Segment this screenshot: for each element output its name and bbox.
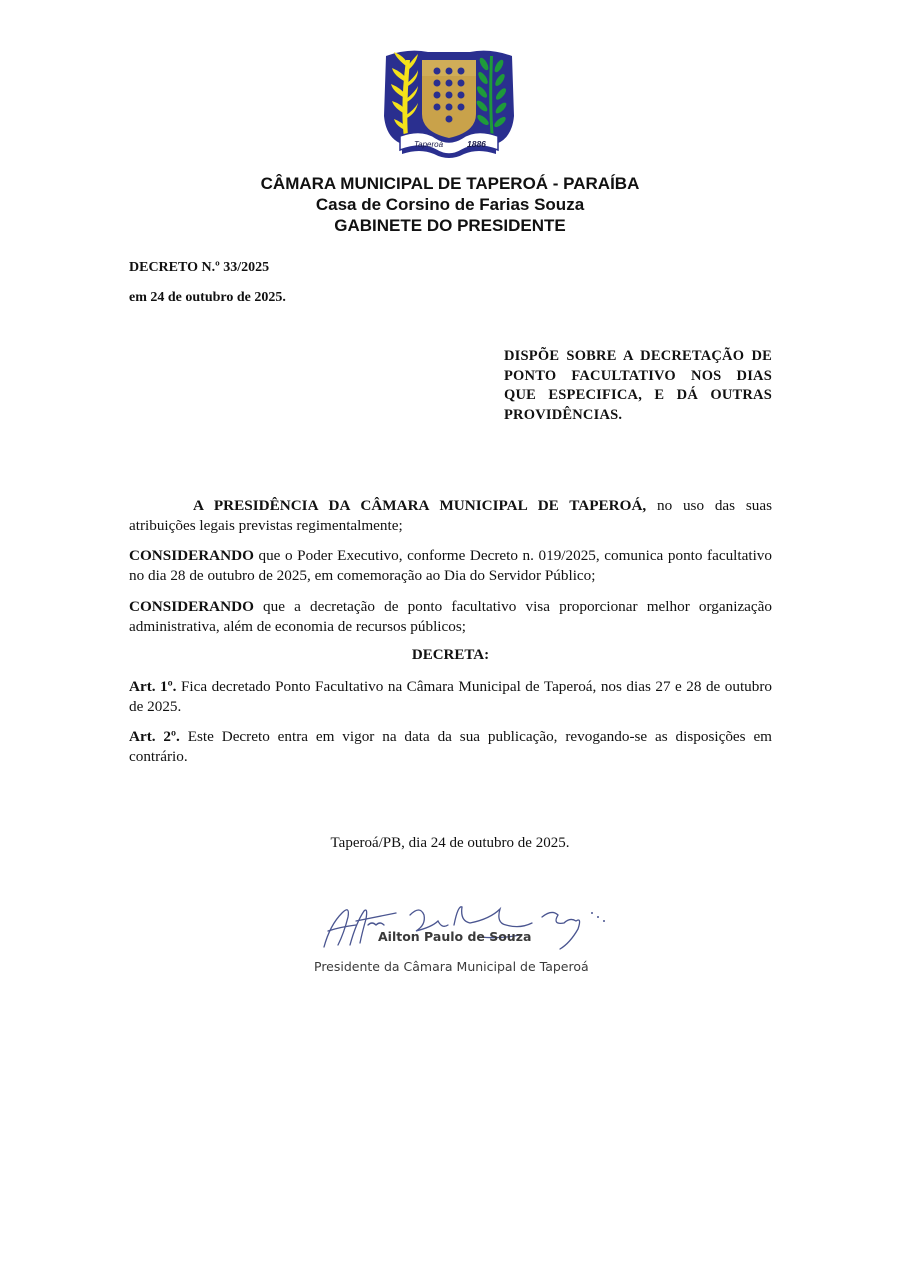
signer-name: Ailton Paulo de Souza [378, 929, 531, 944]
considering-paragraph-1: CONSIDERANDO que o Poder Executivo, conf… [129, 546, 772, 585]
article-1-label: Art. 1º. [129, 678, 176, 695]
article-2-label: Art. 2º. [129, 728, 180, 745]
article-2: Art. 2º. Este Decreto entra em vigor na … [129, 727, 772, 766]
decrees-heading: DECRETA: [129, 647, 772, 664]
preamble-paragraph: A PRESIDÊNCIA DA CÂMARA MUNICIPAL DE TAP… [129, 496, 772, 535]
institution-name: CÂMARA MUNICIPAL DE TAPEROÁ - PARAÍBA [0, 173, 900, 194]
crest-icon: Taperoá 1886 [378, 46, 520, 164]
article-2-text: Este Decreto entra em vigor na data da s… [129, 728, 772, 765]
decree-number: DECRETO N.º 33/2025 [129, 260, 269, 276]
considering-paragraph-2: CONSIDERANDO que a decretação de ponto f… [129, 597, 772, 636]
office-name: GABINETE DO PRESIDENTE [0, 215, 900, 236]
crest-logo: Taperoá 1886 [378, 46, 520, 164]
ribbon-left-text: Taperoá [414, 140, 444, 149]
article-1-text: Fica decretado Ponto Facultativo na Câma… [129, 678, 772, 715]
preamble-lead: A PRESIDÊNCIA DA CÂMARA MUNICIPAL DE TAP… [193, 497, 646, 514]
signature-block: Ailton Paulo de Souza Presidente da Câma… [310, 895, 610, 985]
decree-summary: DISPÕE SOBRE A DECRETAÇÃO DE PONTO FACUL… [504, 347, 772, 425]
decree-date: em 24 de outubro de 2025. [129, 290, 286, 306]
article-1: Art. 1º. Fica decretado Ponto Facultativ… [129, 677, 772, 716]
considering-lead-1: CONSIDERANDO [129, 547, 254, 564]
ribbon-right-text: 1886 [467, 139, 486, 149]
considering-lead-2: CONSIDERANDO [129, 598, 254, 615]
place-and-date: Taperoá/PB, dia 24 de outubro de 2025. [0, 835, 900, 852]
signer-role: Presidente da Câmara Municipal de Tapero… [314, 959, 589, 974]
document-header: CÂMARA MUNICIPAL DE TAPEROÁ - PARAÍBA Ca… [0, 173, 900, 236]
house-name: Casa de Corsino de Farias Souza [0, 194, 900, 215]
